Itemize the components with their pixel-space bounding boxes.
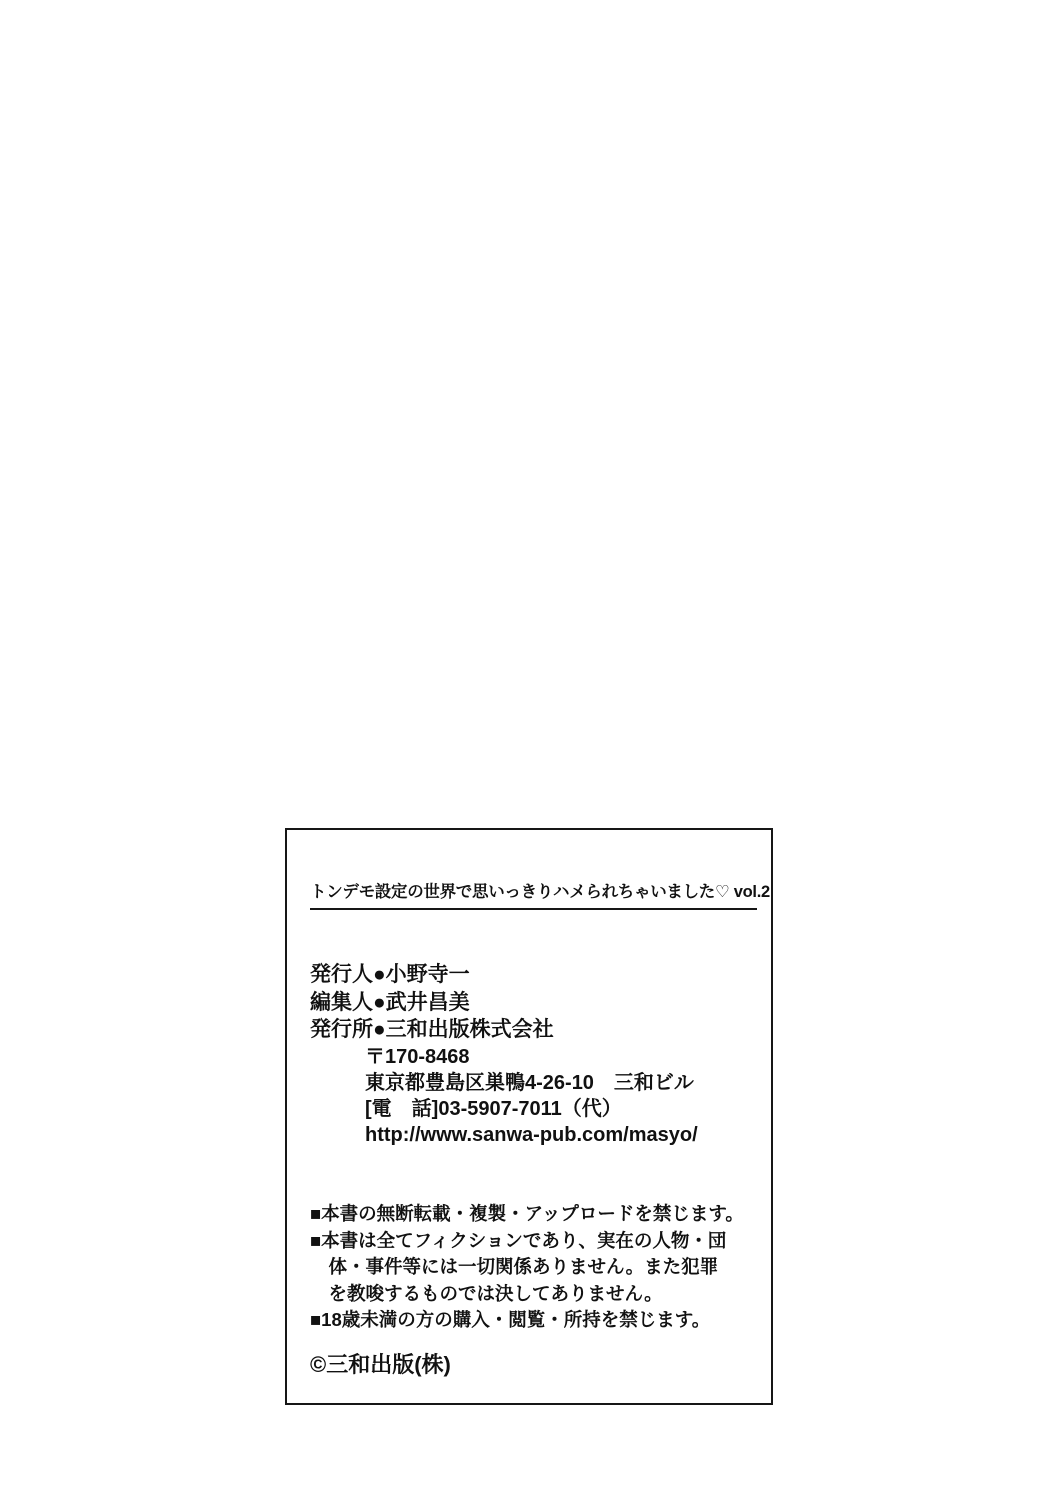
phone-number: [電 話]03-5907-7011（代） xyxy=(365,1096,698,1122)
credits-block: 発行人●小野寺一 編集人●武井昌美 発行所●三和出版株式会社 xyxy=(310,961,554,1044)
legal-notices-block: ■本書の無断転載・複製・アップロードを禁じます。 ■本書は全てフィクションであり… xyxy=(310,1201,744,1334)
credit-line-publishing-house: 発行所●三和出版株式会社 xyxy=(310,1016,554,1044)
notice-fiction-line-1: ■本書は全てフィクションであり、実在の人物・団 xyxy=(310,1228,744,1255)
street-address: 東京都豊島区巣鴨4-26-10 三和ビル xyxy=(365,1070,698,1096)
book-title: トンデモ設定の世界で思いっきりハメられちゃいました♡ vol.2 xyxy=(310,878,757,910)
colophon-box: トンデモ設定の世界で思いっきりハメられちゃいました♡ vol.2 発行人●小野寺… xyxy=(285,828,773,1405)
publisher-address-block: 〒170-8468 東京都豊島区巣鴨4-26-10 三和ビル [電 話]03-5… xyxy=(365,1044,698,1148)
publisher-url: http://www.sanwa-pub.com/masyo/ xyxy=(365,1122,698,1148)
notice-no-reproduction: ■本書の無断転載・複製・アップロードを禁じます。 xyxy=(310,1201,744,1228)
postal-code: 〒170-8468 xyxy=(365,1044,698,1070)
notice-fiction-line-2: 体・事件等には一切関係ありません。また犯罪 xyxy=(310,1254,744,1281)
notice-age-restriction: ■18歳未満の方の購入・閲覧・所持を禁じます。 xyxy=(310,1307,744,1334)
credit-line-editor: 編集人●武井昌美 xyxy=(310,989,554,1017)
scanned-page: トンデモ設定の世界で思いっきりハメられちゃいました♡ vol.2 発行人●小野寺… xyxy=(0,0,1058,1500)
copyright-line: ©三和出版(株) xyxy=(310,1348,451,1379)
credit-line-publisher-person: 発行人●小野寺一 xyxy=(310,961,554,989)
notice-fiction-line-3: を教唆するものでは決してありません。 xyxy=(310,1281,744,1308)
